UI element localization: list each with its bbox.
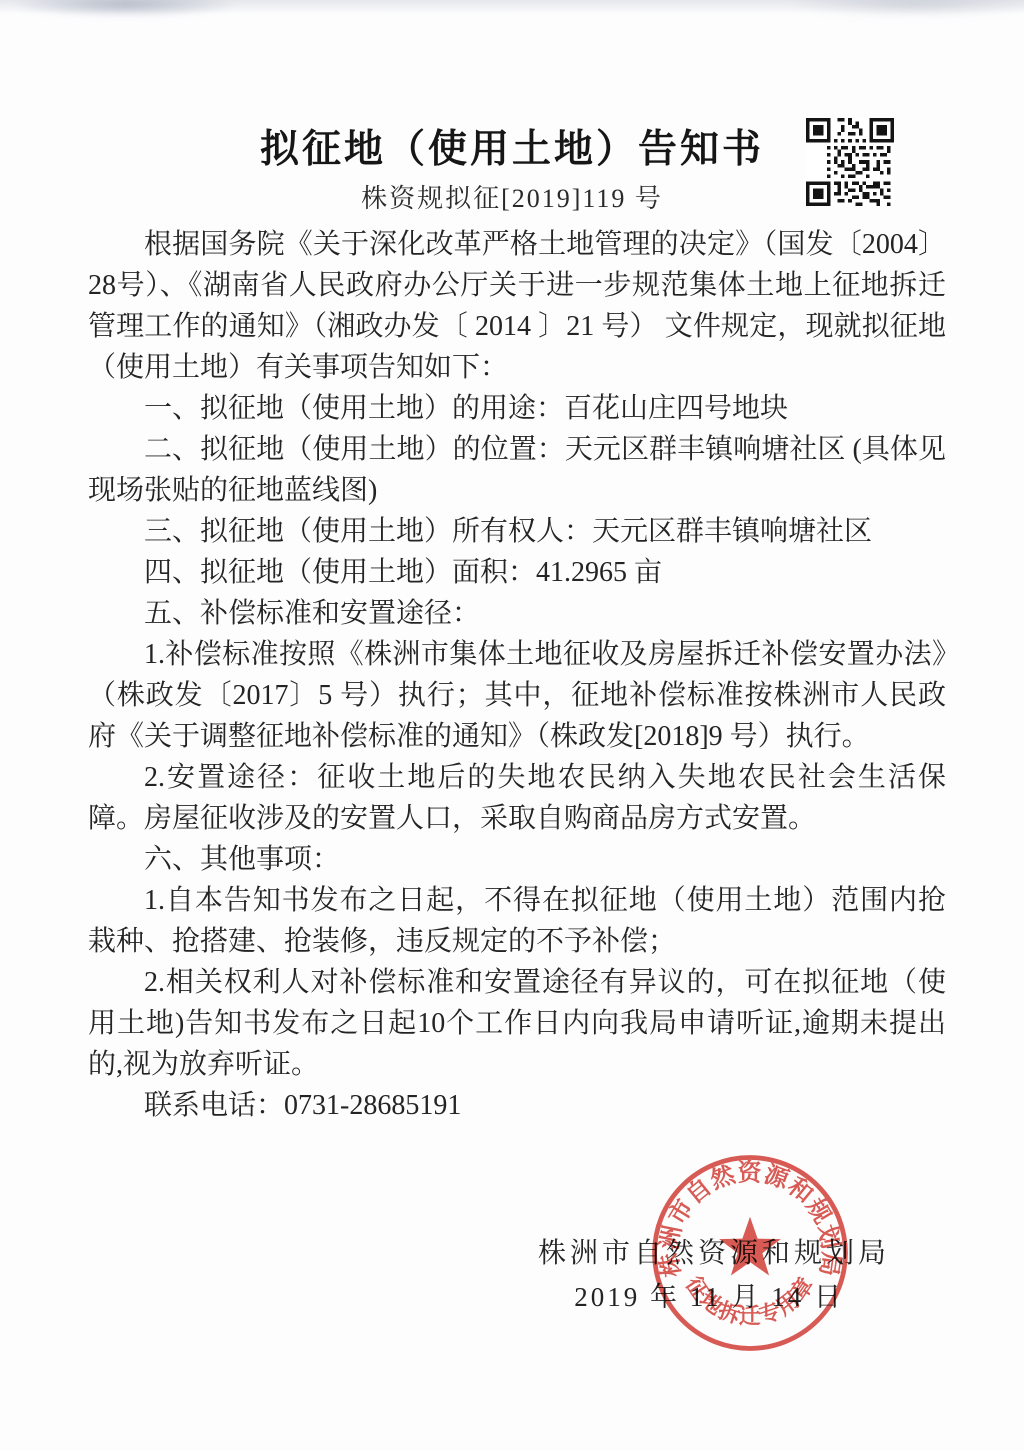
document-paragraph: 根据国务院《关于深化改革严格土地管理的决定》（国发〔2004〕28号）、《湖南省… (88, 224, 946, 388)
signature-date: 2019 年 11 月 14 日 (574, 1275, 844, 1314)
document-paragraph: 2.安置途径：征收土地后的失地农民纳入失地农民社会生活保障。房屋征收涉及的安置人… (88, 757, 946, 839)
scan-smudge-artifact-right (784, 0, 1024, 18)
scan-smudge-artifact (10, 0, 240, 18)
document-paragraph: 2.相关权利人对补偿标准和安置途径有异议的，可在拟征地（使用土地)告知书发布之日… (88, 962, 946, 1085)
document-paragraph: 1.补偿标准按照《株洲市集体土地征收及房屋拆迁补偿安置办法》（株政发〔2017〕… (88, 634, 946, 757)
scan-edge-artifact (0, 0, 1024, 14)
qr-code-icon (806, 116, 894, 208)
document-body: 根据国务院《关于深化改革严格土地管理的决定》（国发〔2004〕28号）、《湖南省… (88, 224, 946, 1126)
document-paragraph-item-2: 二、拟征地（使用土地）的位置：天元区群丰镇响塘社区 (具体见现场张贴的征地蓝线图… (88, 429, 946, 511)
contact-phone-line: 联系电话：0731-28685191 (88, 1085, 946, 1126)
scanned-document-page: 拟征地（使用土地）告知书 株资规拟征[2019]119 号 根据国务院《关于深化… (0, 0, 1024, 1451)
document-paragraph-item-6: 六、其他事项： (88, 839, 946, 880)
document-paragraph: 1.自本告知书发布之日起，不得在拟征地（使用土地）范围内抢栽种、抢搭建、抢装修，… (88, 880, 946, 962)
signature-issuer: 株洲市自然资源和规划局 (538, 1231, 890, 1271)
document-paragraph-item-1: 一、拟征地（使用土地）的用途：百花山庄四号地块 (88, 388, 946, 429)
document-paragraph-item-3: 三、拟征地（使用土地）所有权人：天元区群丰镇响塘社区 (88, 511, 946, 552)
document-paragraph-item-5: 五、补偿标准和安置途径： (88, 593, 946, 634)
document-paragraph-item-4: 四、拟征地（使用土地）面积：41.2965 亩 (88, 552, 946, 593)
